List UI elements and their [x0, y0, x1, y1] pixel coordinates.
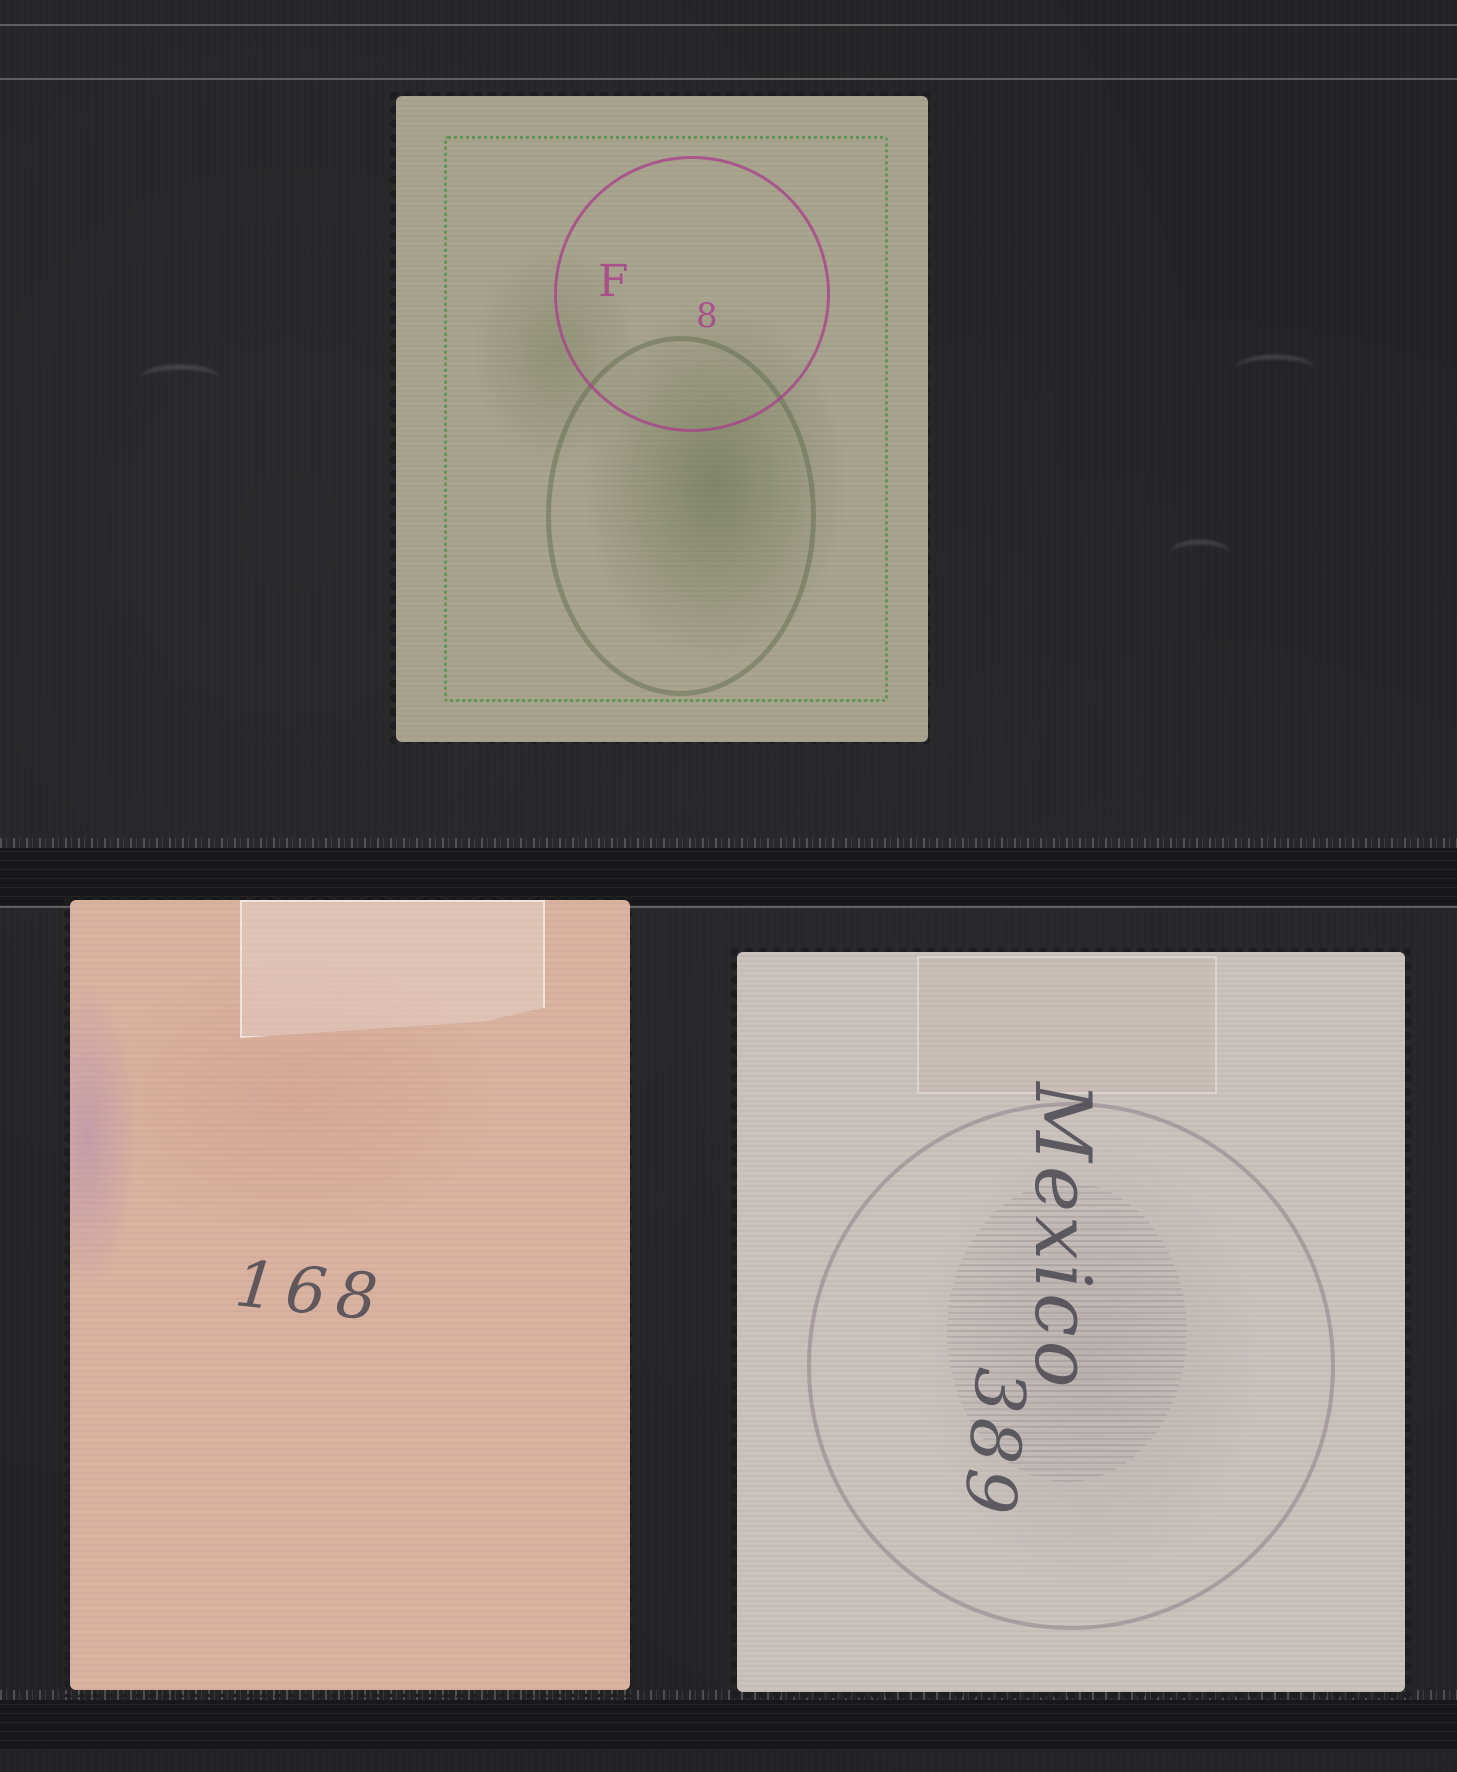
postmark-digit: 8: [696, 296, 718, 336]
stamp-hinge: [240, 900, 545, 1038]
stamp-pink-back[interactable]: 168: [70, 900, 630, 1690]
stock-line: [0, 24, 1457, 26]
plastic-crease: [1170, 540, 1230, 568]
pencil-country-note: Mexico: [1017, 1082, 1107, 1392]
stamp-green-back[interactable]: F 8: [396, 96, 928, 742]
pencil-catalog-number: 168: [232, 1247, 391, 1336]
pencil-catalog-number: 389: [947, 1365, 1042, 1523]
stock-strip: [0, 848, 1457, 906]
strip-edge: [0, 838, 1457, 848]
stamp-grey-back[interactable]: Mexico 389: [737, 952, 1405, 1692]
stamp-hinge: [917, 956, 1217, 1094]
postmark-letter: F: [598, 256, 629, 307]
stock-page: F 8 168 Mexico 389: [0, 0, 1457, 1772]
plastic-crease: [140, 365, 220, 393]
postmark-circle: [554, 156, 830, 432]
plastic-crease: [1235, 355, 1315, 383]
stock-line: [0, 78, 1457, 80]
stock-strip: [0, 1700, 1457, 1750]
